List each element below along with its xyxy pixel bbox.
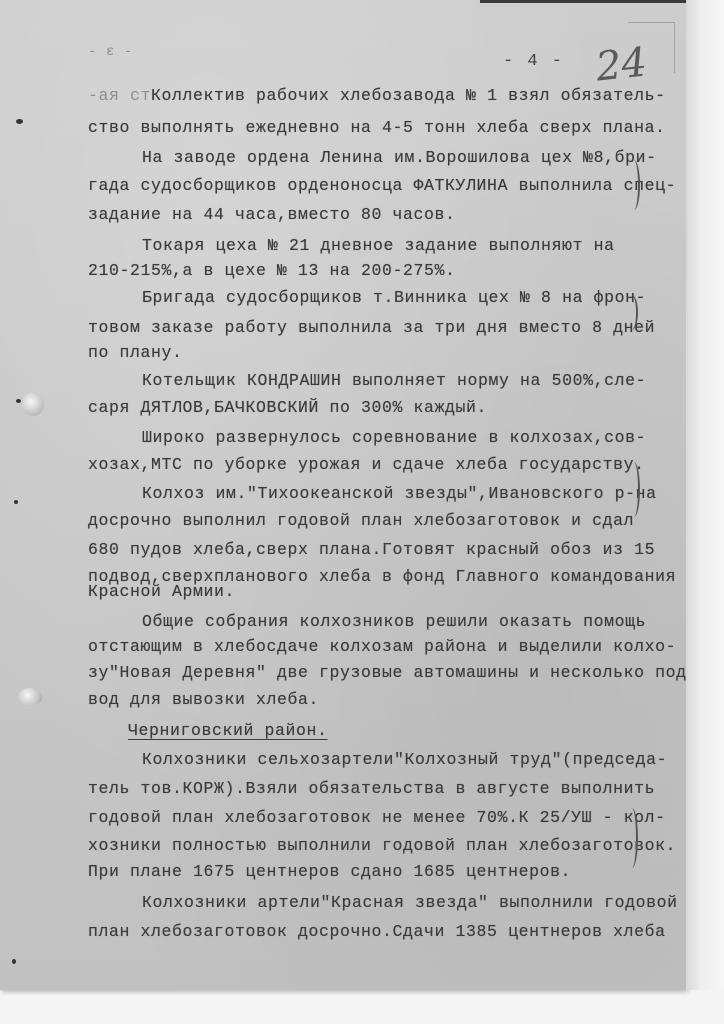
text-line: зу"Новая Деревня" две грузовые автомашин…: [88, 663, 697, 682]
text-line: ство выполнять ежедневно на 4-5 тонн хле…: [88, 118, 666, 137]
text-line: На заводе ордена Ленина им.Ворошилова це…: [142, 148, 657, 167]
text-line: вод для вывозки хлеба.: [88, 690, 319, 709]
stray-mark: - ε -: [88, 44, 133, 60]
section-heading: Черниговский район.: [128, 721, 328, 740]
scan-background: [686, 0, 724, 990]
text-line: Общие собрания колхозников решили оказат…: [142, 612, 646, 631]
text-line: При плане 1675 центнеров сдано 1685 цент…: [88, 862, 571, 881]
document-page: - ε - - 4 - 24 -ая стКоллектив рабочих х…: [0, 0, 686, 990]
ink-speck: [16, 119, 23, 124]
line-text: Коллектив рабочих хлебозавода № 1 взял о…: [151, 86, 666, 105]
text-line: досрочно выполнил годовой план хлебозаго…: [88, 511, 634, 530]
handwritten-folio-number: 24: [594, 39, 649, 90]
text-line: Токаря цеха № 21 дневное задание выполня…: [142, 236, 615, 255]
page-number: - 4 -: [503, 52, 564, 71]
text-line: Широко развернулось соревнование в колхо…: [142, 428, 646, 447]
text-line: Красной Армии.: [88, 582, 235, 601]
text-line: Бригада судосборщиков т.Винника цех № 8 …: [142, 288, 646, 307]
text-line: годовой план хлебозаготовок не менее 70%…: [88, 808, 666, 827]
text-line: по плану.: [88, 343, 183, 362]
ink-speck: [12, 959, 16, 964]
text-line: хозники полностью выполнили годовой план…: [88, 836, 676, 855]
text-line: отстающим в хлебосдаче колхозам района и…: [88, 637, 676, 656]
scan-edge: [480, 0, 686, 3]
text-line: гада судосборщиков орденоносца ФАТКУЛИНА…: [88, 176, 676, 195]
ink-speck: [14, 500, 18, 504]
text-line: Колхозники сельхозартели"Колхозный труд"…: [142, 750, 667, 769]
punch-hole: [18, 688, 42, 706]
punch-hole: [22, 392, 44, 416]
text-line: 680 пудов хлеба,сверх плана.Готовят крас…: [88, 540, 655, 559]
text-line: хозах,МТС по уборке урожая и сдаче хлеба…: [88, 455, 645, 474]
text-line: задание на 44 часа,вместо 80 часов.: [88, 205, 456, 224]
ink-speck: [16, 399, 21, 403]
overstrike-residue: -ая ст: [88, 86, 151, 105]
margin-bracket-mark: [628, 160, 640, 210]
text-line: 210-215%,а в цехе № 13 на 200-275%.: [88, 261, 456, 280]
margin-bracket-mark: [626, 808, 638, 868]
text-line: тель тов.КОРЖ).Взяли обязательства в авг…: [88, 779, 655, 798]
margin-bracket-mark: [626, 295, 638, 330]
text-line: товом заказе работу выполнила за три дня…: [88, 318, 655, 337]
text-line: Котельщик КОНДРАШИН выполняет норму на 5…: [142, 371, 646, 390]
margin-bracket-mark: [628, 462, 640, 517]
text-line: саря ДЯТЛОВ,БАЧКОВСКИЙ по 300% каждый.: [88, 398, 487, 417]
text-line: Колхоз им."Тихоокеанской звезды",Ивановс…: [142, 484, 657, 503]
text-line: -ая стКоллектив рабочих хлебозавода № 1 …: [88, 86, 666, 105]
text-line: Колхозники артели"Красная звезда" выполн…: [142, 893, 678, 912]
text-line: план хлебозаготовок досрочно.Сдачи 1385 …: [88, 922, 666, 941]
